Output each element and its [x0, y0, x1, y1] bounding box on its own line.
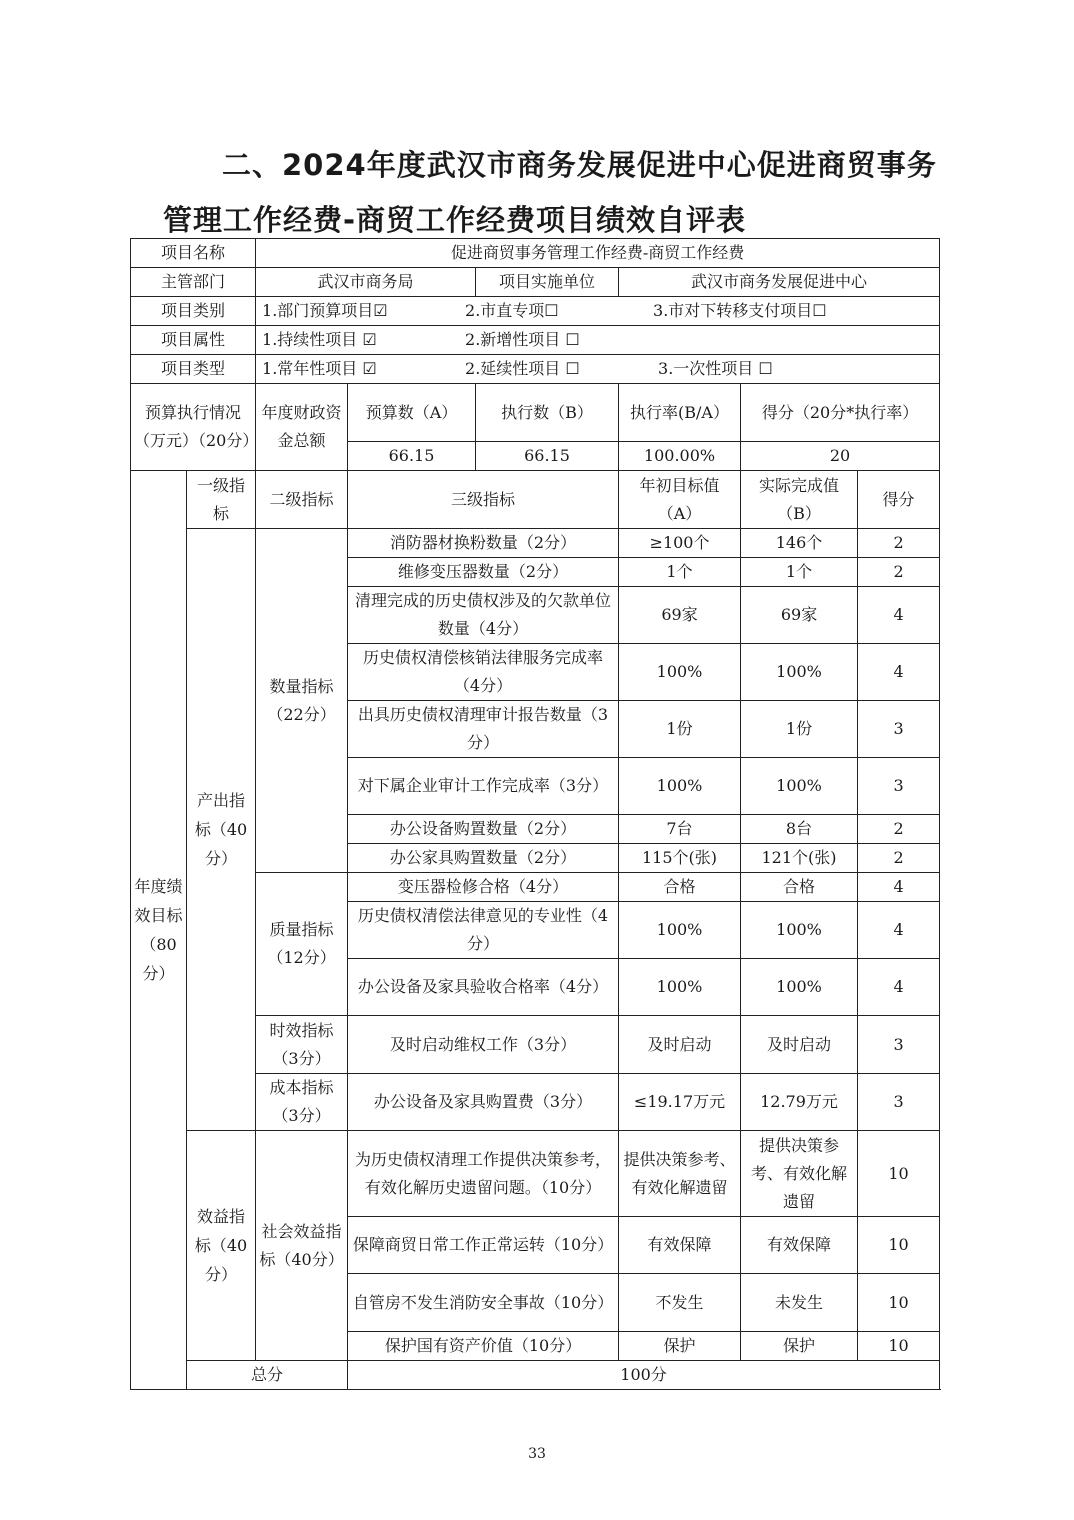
indicator-target: 100%	[619, 644, 741, 701]
budget-label: 预算执行情况（万元）（20分）	[131, 384, 256, 471]
attribute-option-new: 2.新增性项目 ☐	[465, 326, 580, 354]
attribute-options: 1.持续性项目 ☑2.新增性项目 ☐	[256, 326, 940, 355]
budget-value-b: 66.15	[476, 442, 619, 471]
indicator-actual: 有效保障	[741, 1217, 858, 1274]
project-name-value: 促进商贸事务管理工作经费-商贸工作经费	[256, 239, 940, 268]
type-option-annual: 1.常年性项目 ☑	[262, 355, 465, 383]
impl-label: 项目实施单位	[476, 268, 619, 297]
type-option-one-time: 3.一次性项目 ☐	[658, 355, 773, 383]
level2-quantity: 数量指标（22分）	[256, 529, 348, 873]
budget-value-rate: 100.00%	[619, 442, 741, 471]
level2-quality: 质量指标（12分）	[256, 873, 348, 1016]
budget-sub-label: 年度财政资金总额	[256, 384, 348, 471]
indicator-score: 10	[858, 1332, 940, 1361]
indicator-target: 100%	[619, 758, 741, 815]
indicator-actual: 100%	[741, 644, 858, 701]
budget-header-rate: 执行率(B/A）	[619, 384, 741, 442]
indicator-name: 消防器材换粉数量（2分）	[348, 529, 619, 558]
category-option-transfer: 3.市对下转移支付项目☐	[653, 297, 827, 325]
indicator-score: 4	[858, 959, 940, 1016]
indicator-target: 100%	[619, 959, 741, 1016]
indicator-name: 为历史债权清理工作提供决策参考，有效化解历史遗留问题。（10分）	[348, 1131, 619, 1217]
indicator-name: 保护国有资产价值（10分）	[348, 1332, 619, 1361]
indicator-name: 出具历史债权清理审计报告数量（3分）	[348, 701, 619, 758]
budget-value-score: 20	[741, 442, 940, 471]
level1-output: 产出指标（40分）	[187, 529, 256, 1131]
budget-value-a: 66.15	[348, 442, 476, 471]
indicator-name: 及时启动维权工作（3分）	[348, 1016, 619, 1074]
indicator-actual: 未发生	[741, 1274, 858, 1332]
budget-header-a: 预算数（A）	[348, 384, 476, 442]
indicator-score: 2	[858, 815, 940, 844]
indicator-score: 4	[858, 873, 940, 902]
header-level1: 一级指标	[187, 471, 256, 529]
indicator-target: ≥100个	[619, 529, 741, 558]
budget-header-b: 执行数（B）	[476, 384, 619, 442]
attribute-option-continuing: 1.持续性项目 ☑	[262, 326, 465, 354]
indicator-name: 维修变压器数量（2分）	[348, 558, 619, 587]
title-line-1: 二、2024年度武汉市商务发展促进中心促进商贸事务	[222, 143, 937, 184]
indicator-target: 7台	[619, 815, 741, 844]
project-name-label: 项目名称	[131, 239, 256, 268]
indicator-score: 10	[858, 1217, 940, 1274]
total-label: 总分	[187, 1361, 348, 1390]
header-score: 得分	[858, 471, 940, 529]
indicator-name: 保障商贸日常工作正常运转（10分）	[348, 1217, 619, 1274]
type-options: 1.常年性项目 ☑2.延续性项目 ☐3.一次性项目 ☐	[256, 355, 940, 384]
indicator-target: 不发生	[619, 1274, 741, 1332]
indicator-score: 10	[858, 1131, 940, 1217]
indicator-name: 变压器检修合格（4分）	[348, 873, 619, 902]
indicator-score: 2	[858, 844, 940, 873]
indicator-actual: 69家	[741, 587, 858, 644]
indicator-target: 保护	[619, 1332, 741, 1361]
indicator-name: 历史债权清偿核销法律服务完成率（4分）	[348, 644, 619, 701]
indicator-name: 办公设备及家具验收合格率（4分）	[348, 959, 619, 1016]
indicator-target: 有效保障	[619, 1217, 741, 1274]
indicator-name: 办公设备购置数量（2分）	[348, 815, 619, 844]
indicator-name: 自管房不发生消防安全事故（10分）	[348, 1274, 619, 1332]
indicator-target: ≤19.17万元	[619, 1074, 741, 1131]
indicator-actual: 146个	[741, 529, 858, 558]
indicator-name: 历史债权清偿法律意见的专业性（4分）	[348, 902, 619, 959]
performance-table: 项目名称 促进商贸事务管理工作经费-商贸工作经费 主管部门 武汉市商务局 项目实…	[130, 238, 940, 1390]
indicator-score: 4	[858, 644, 940, 701]
type-option-extended: 2.延续性项目 ☐	[465, 355, 658, 383]
indicator-actual: 合格	[741, 873, 858, 902]
attribute-label: 项目属性	[131, 326, 256, 355]
dept-label: 主管部门	[131, 268, 256, 297]
category-option-dept-budget: 1.部门预算项目☑	[262, 297, 465, 325]
total-value: 100分	[348, 1361, 940, 1390]
indicator-name: 清理完成的历史债权涉及的欠款单位数量（4分）	[348, 587, 619, 644]
indicator-actual: 12.79万元	[741, 1074, 858, 1131]
header-level2: 二级指标	[256, 471, 348, 529]
indicator-actual: 100%	[741, 959, 858, 1016]
indicator-score: 2	[858, 558, 940, 587]
impl-value: 武汉市商务发展促进中心	[619, 268, 940, 297]
indicator-name: 办公设备及家具购置费（3分）	[348, 1074, 619, 1131]
header-level3: 三级指标	[348, 471, 619, 529]
indicator-target: 提供决策参考、有效化解遗留	[619, 1131, 741, 1217]
indicator-target: 及时启动	[619, 1016, 741, 1074]
level2-timeliness: 时效指标（3分）	[256, 1016, 348, 1074]
indicator-actual: 及时启动	[741, 1016, 858, 1074]
indicator-score: 3	[858, 1016, 940, 1074]
indicator-score: 3	[858, 758, 940, 815]
header-actual: 实际完成值（B）	[741, 471, 858, 529]
category-label: 项目类别	[131, 297, 256, 326]
indicator-name: 对下属企业审计工作完成率（3分）	[348, 758, 619, 815]
indicator-target: 1份	[619, 701, 741, 758]
indicator-actual: 提供决策参考、有效化解遗留	[741, 1131, 858, 1217]
page-number: 33	[0, 1446, 1074, 1462]
indicator-score: 10	[858, 1274, 940, 1332]
indicator-score: 3	[858, 1074, 940, 1131]
indicator-target: 1个	[619, 558, 741, 587]
type-label: 项目类型	[131, 355, 256, 384]
indicator-actual: 保护	[741, 1332, 858, 1361]
level1-benefit: 效益指标（40分）	[187, 1131, 256, 1361]
category-options: 1.部门预算项目☑2.市直专项☐3.市对下转移支付项目☐	[256, 297, 940, 326]
header-target: 年初目标值（A）	[619, 471, 741, 529]
indicator-actual: 100%	[741, 902, 858, 959]
indicator-score: 4	[858, 587, 940, 644]
indicator-target: 合格	[619, 873, 741, 902]
indicator-actual: 1个	[741, 558, 858, 587]
annual-goal-label: 年度绩效目标（80分）	[131, 471, 187, 1390]
indicator-actual: 121个(张)	[741, 844, 858, 873]
indicator-target: 115个(张)	[619, 844, 741, 873]
category-option-city-special: 2.市直专项☐	[465, 297, 653, 325]
level2-social-benefit: 社会效益指标（40分）	[256, 1131, 348, 1361]
level2-cost: 成本指标（3分）	[256, 1074, 348, 1131]
title-line-2: 管理工作经费-商贸工作经费项目绩效自评表	[163, 198, 746, 239]
indicator-score: 3	[858, 701, 940, 758]
budget-header-score: 得分（20分*执行率）	[741, 384, 940, 442]
indicator-actual: 100%	[741, 758, 858, 815]
indicator-name: 办公家具购置数量（2分）	[348, 844, 619, 873]
indicator-actual: 8台	[741, 815, 858, 844]
indicator-target: 100%	[619, 902, 741, 959]
indicator-score: 2	[858, 529, 940, 558]
indicator-score: 4	[858, 902, 940, 959]
indicator-actual: 1份	[741, 701, 858, 758]
dept-value: 武汉市商务局	[256, 268, 476, 297]
indicator-target: 69家	[619, 587, 741, 644]
